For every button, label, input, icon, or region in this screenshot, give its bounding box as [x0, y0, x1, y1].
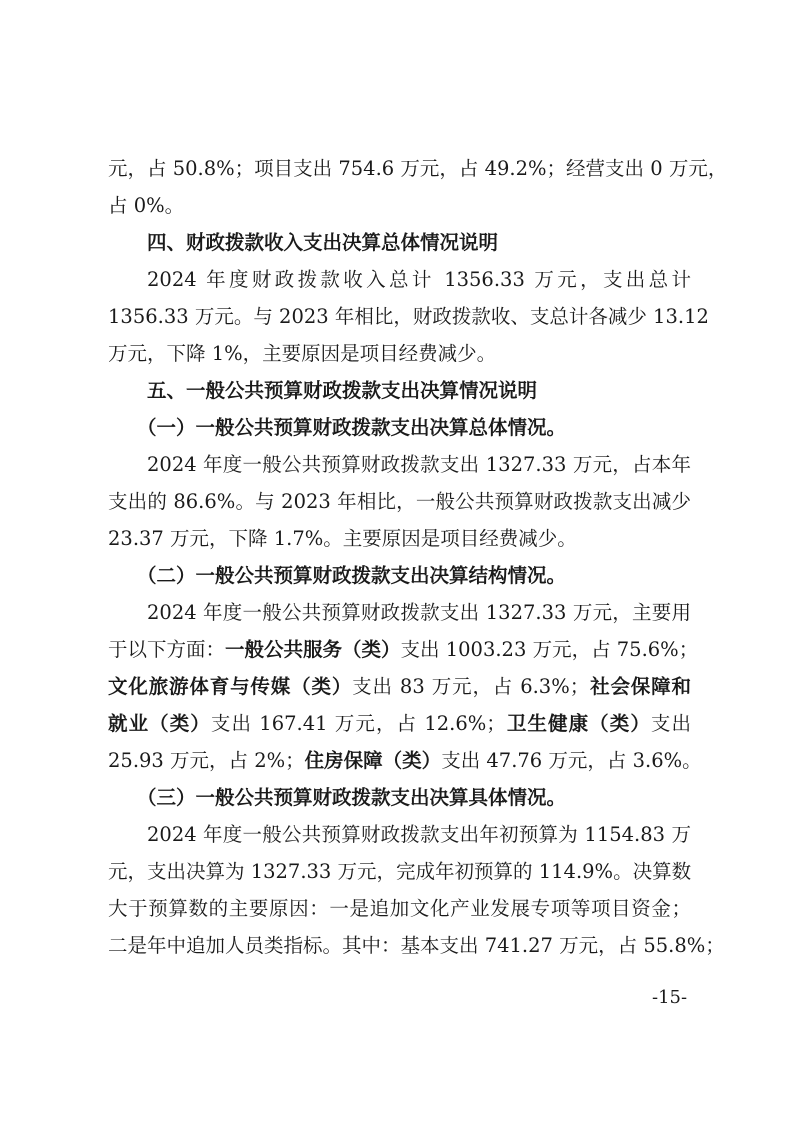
paragraph-line: 元，占 50.8%；项目支出 754.6 万元，占 49.2%；经营支出 0 万… — [108, 150, 691, 187]
paragraph-line: 2024 年度一般公共预算财政拨款支出年初预算为 1154.83 万 — [108, 816, 691, 853]
text: 支出 167.41 万元，占 12.6%； — [211, 712, 506, 735]
document-page: 元，占 50.8%；项目支出 754.6 万元，占 49.2%；经营支出 0 万… — [0, 0, 793, 1122]
paragraph-line: 文化旅游体育与传媒（类）支出 83 万元，占 6.3%；社会保障和 — [108, 668, 691, 705]
subsection-heading-1: （一）一般公共预算财政拨款支出决算总体情况。 — [108, 409, 691, 446]
document-body: 元，占 50.8%；项目支出 754.6 万元，占 49.2%；经营支出 0 万… — [108, 150, 691, 964]
text: 支出 47.76 万元，占 3.6%。 — [441, 749, 701, 772]
text: 支出 83 万元，占 6.3%； — [352, 675, 589, 698]
section-heading-4: 四、财政拨款收入支出决算总体情况说明 — [108, 224, 691, 261]
paragraph-line: 万元，下降 1%，主要原因是项目经费减少。 — [108, 335, 691, 372]
paragraph-line: 占 0%。 — [108, 187, 691, 224]
paragraph-line: 2024 年度一般公共预算财政拨款支出 1327.33 万元，占本年 — [108, 446, 691, 483]
category-label: 一般公共服务（类） — [225, 638, 401, 661]
paragraph-line: 23.37 万元，下降 1.7%。主要原因是项目经费减少。 — [108, 520, 691, 557]
paragraph-line: 2024 年度一般公共预算财政拨款支出 1327.33 万元，主要用 — [108, 594, 691, 631]
category-label: 就业（类） — [108, 712, 211, 735]
section-heading-5: 五、一般公共预算财政拨款支出决算情况说明 — [108, 372, 691, 409]
subsection-heading-2: （二）一般公共预算财政拨款支出决算结构情况。 — [108, 557, 691, 594]
text: 于以下方面： — [108, 638, 225, 661]
paragraph-line: 就业（类）支出 167.41 万元，占 12.6%；卫生健康（类）支出 — [108, 705, 691, 742]
subsection-heading-3: （三）一般公共预算财政拨款支出决算具体情况。 — [108, 779, 691, 816]
paragraph-line: 二是年中追加人员类指标。其中：基本支出 741.27 万元，占 55.8%； — [108, 927, 691, 964]
paragraph-line: 元，支出决算为 1327.33 万元，完成年初预算的 114.9%。决算数 — [108, 853, 691, 890]
paragraph-line: 2024 年度财政拨款收入总计 1356.33 万元，支出总计 — [108, 261, 691, 298]
category-label: 文化旅游体育与传媒（类） — [108, 675, 352, 698]
paragraph-line: 25.93 万元，占 2%；住房保障（类）支出 47.76 万元，占 3.6%。 — [108, 742, 691, 779]
paragraph-line: 大于预算数的主要原因：一是追加文化产业发展专项等项目资金； — [108, 890, 691, 927]
text: 支出 1003.23 万元，占 75.6%； — [401, 638, 699, 661]
page-number: -15- — [652, 987, 687, 1008]
category-label: 社会保障和 — [589, 675, 691, 698]
paragraph-line: 支出的 86.6%。与 2023 年相比，一般公共预算财政拨款支出减少 — [108, 483, 691, 520]
paragraph-line: 于以下方面：一般公共服务（类）支出 1003.23 万元，占 75.6%； — [108, 631, 691, 668]
paragraph-line: 1356.33 万元。与 2023 年相比，财政拨款收、支总计各减少 13.12 — [108, 298, 691, 335]
category-label: 住房保障（类） — [305, 749, 442, 772]
text: 支出 — [651, 712, 691, 735]
category-label: 卫生健康（类） — [506, 712, 651, 735]
text: 25.93 万元，占 2%； — [108, 749, 305, 772]
